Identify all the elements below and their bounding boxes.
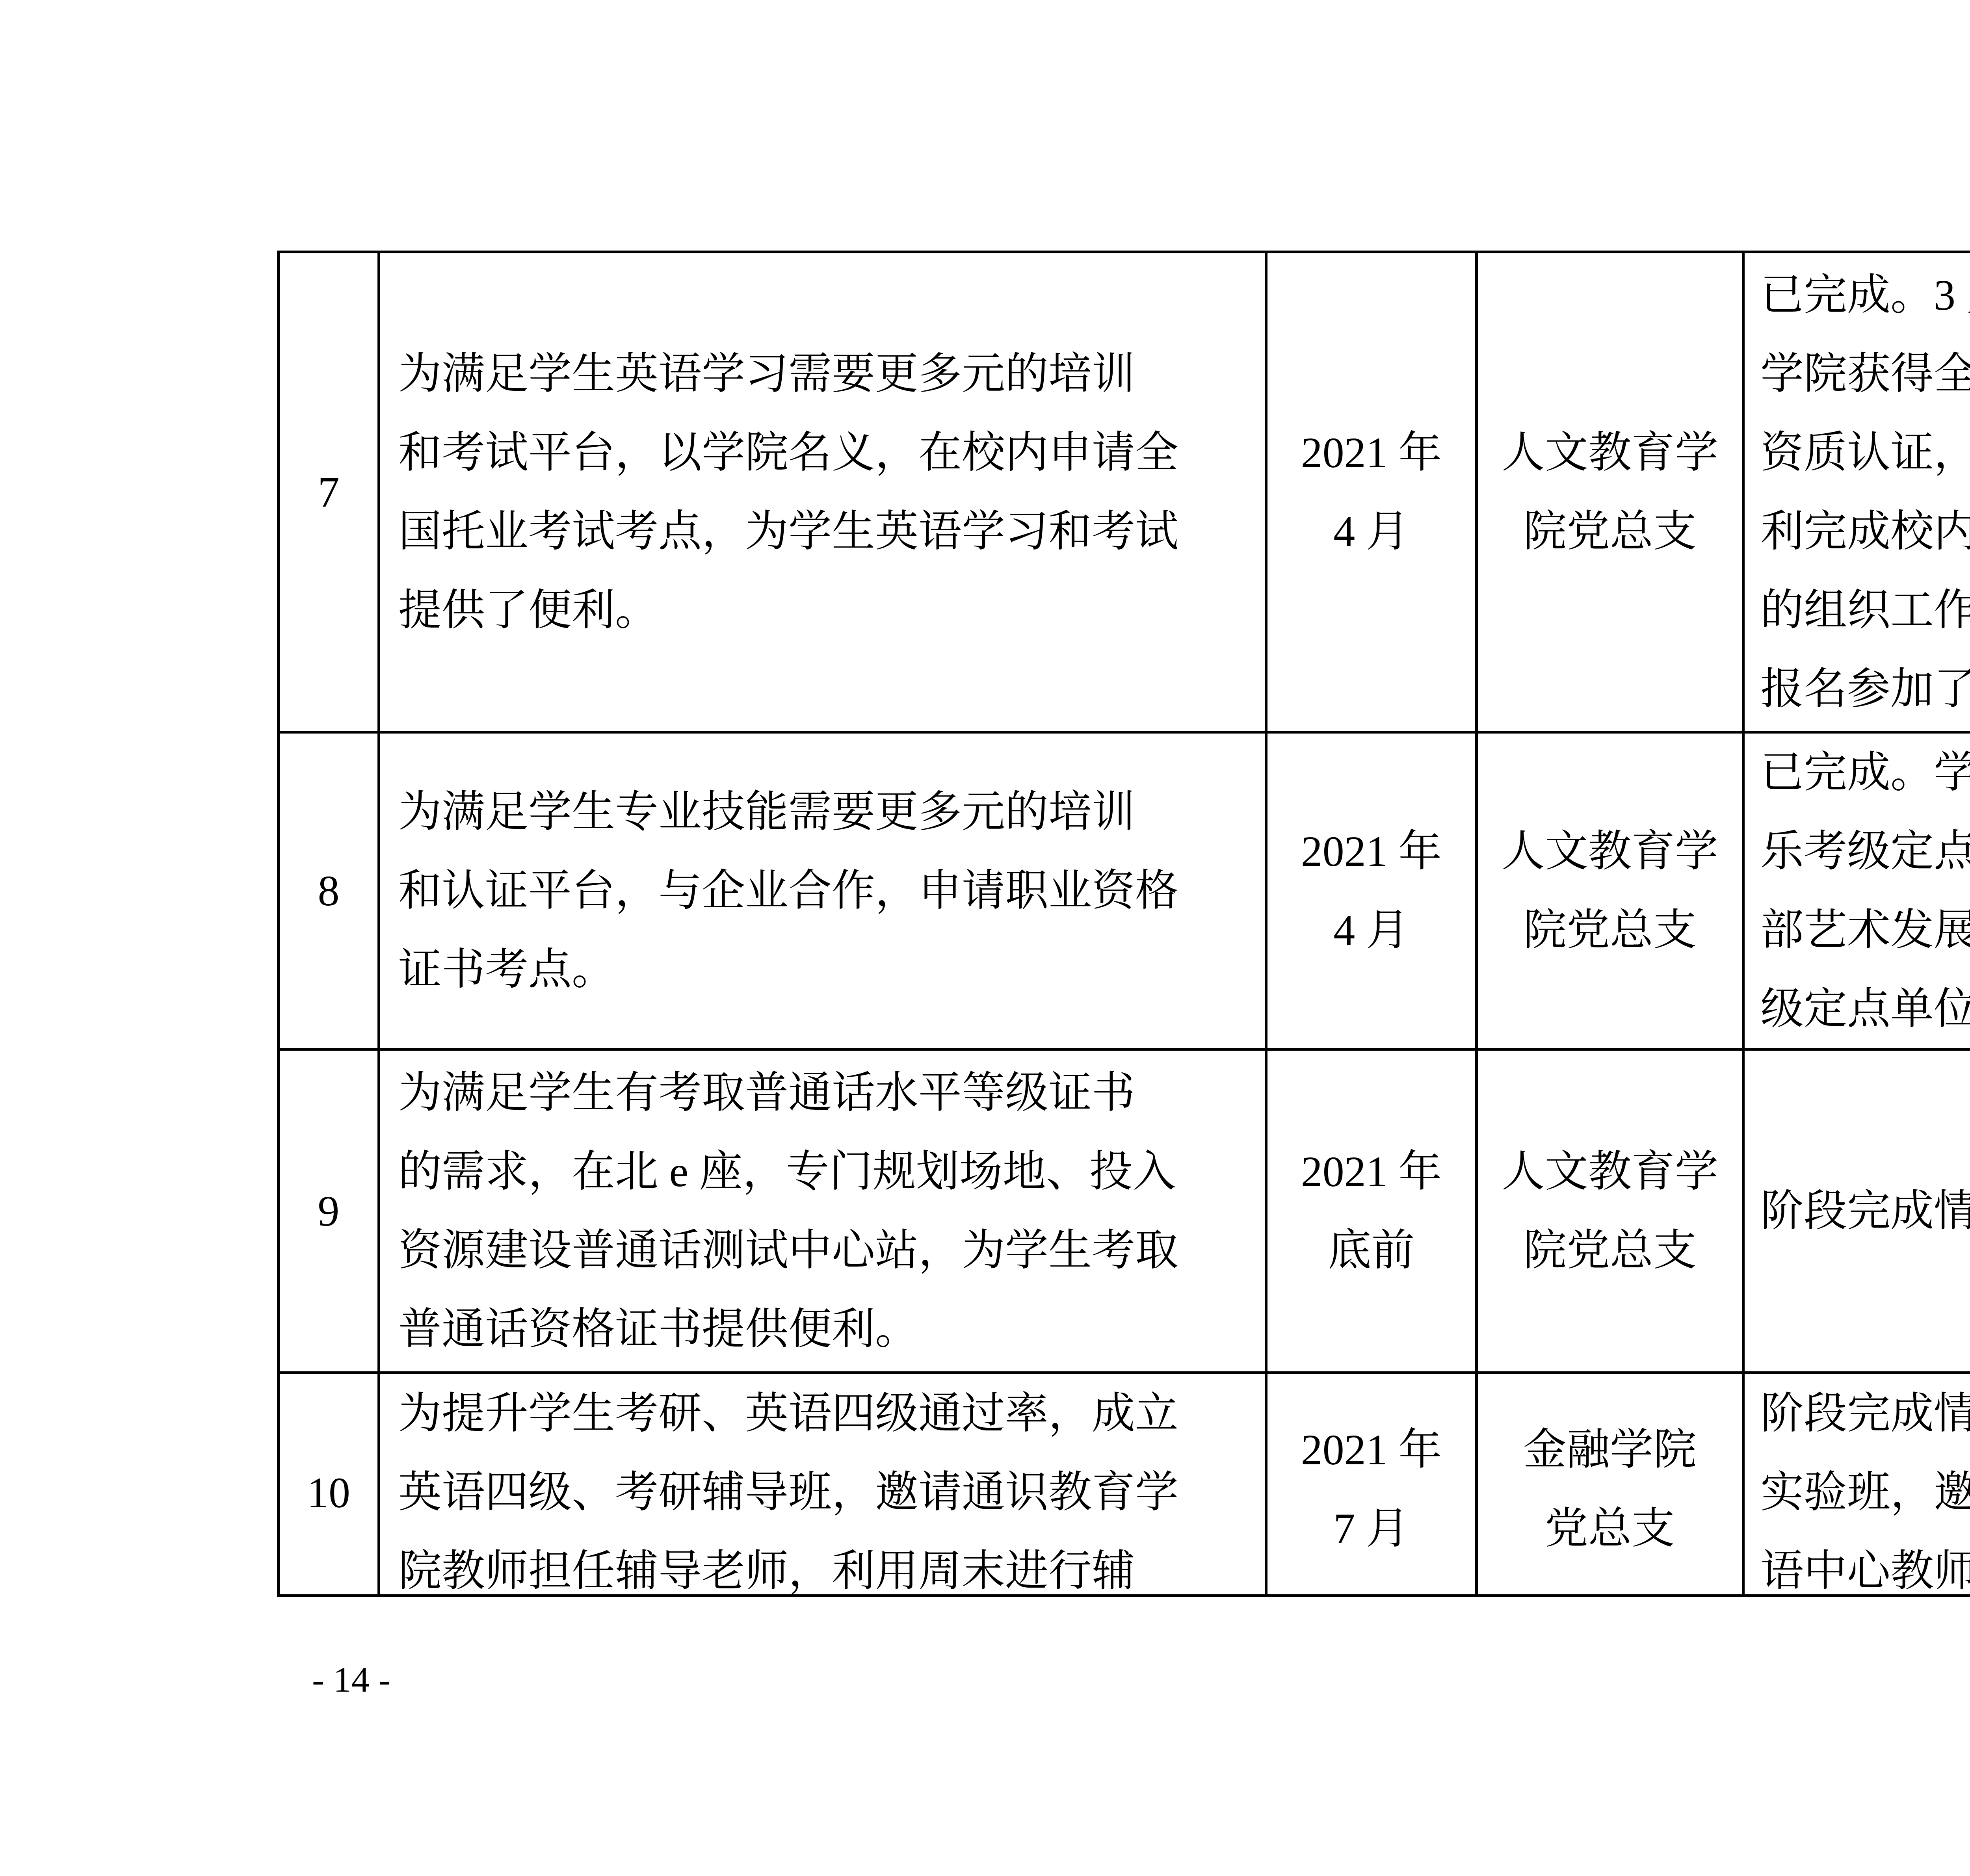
- row-9-content-cell: 为满足学生有考取普通话水平等级证书的需求，在北 e 座，专门规划场地、投入资源建…: [380, 1051, 1267, 1374]
- page-number: - 14 -: [312, 1658, 390, 1701]
- row-10-status-cell: 阶段完成情况。成立英语辅导实验班，邀请通识教育学院外语中心教师担任辅导教师，利: [1745, 1374, 1970, 1594]
- row-10-time-cell: 2021 年7 月: [1267, 1374, 1478, 1594]
- row-10-department-cell: 金融学院党总支: [1478, 1374, 1745, 1594]
- row-8-time-cell: 2021 年4 月: [1267, 734, 1478, 1051]
- row-9-number-cell: 9: [280, 1051, 380, 1374]
- row-10-content-cell: 为提升学生考研、英语四级通过率，成立英语四级、考研辅导班，邀请通识教育学院教师担…: [380, 1374, 1267, 1594]
- row-8-content-cell: 为满足学生专业技能需要更多元的培训和认证平台，与企业合作，申请职业资格证书考点。: [380, 734, 1267, 1051]
- row-8-number-cell: 8: [280, 734, 380, 1051]
- row-8-status-cell: 已完成。学校正式成为全国音乐考级定点单位，文化和旅游部艺术发展中心考级中心考级定…: [1745, 734, 1970, 1051]
- document-page: 7 为满足学生英语学习需要更多元的培训和考试平台，以学院名义，在校内申请全国托业…: [0, 0, 1970, 1876]
- row-10-number-cell: 10: [280, 1374, 380, 1594]
- row-7-number-cell: 7: [280, 253, 380, 734]
- row-7-department-cell: 人文教育学院党总支: [1478, 253, 1745, 734]
- row-9-status-cell: 阶段完成情况。持续沟通中。: [1745, 1051, 1970, 1374]
- tasks-table: 7 为满足学生英语学习需要更多元的培训和考试平台，以学院名义，在校内申请全国托业…: [277, 251, 1970, 1597]
- row-7-status-cell: 已完成。3 月 20 日，人文教育学院获得全国托业考试考点资质认证，并于 3 月…: [1745, 253, 1970, 734]
- row-7-time-cell: 2021 年4 月: [1267, 253, 1478, 734]
- row-8-department-cell: 人文教育学院党总支: [1478, 734, 1745, 1051]
- row-7-content-cell: 为满足学生英语学习需要更多元的培训和考试平台，以学院名义，在校内申请全国托业考试…: [380, 253, 1267, 734]
- row-9-time-cell: 2021 年底前: [1267, 1051, 1478, 1374]
- row-9-department-cell: 人文教育学院党总支: [1478, 1051, 1745, 1374]
